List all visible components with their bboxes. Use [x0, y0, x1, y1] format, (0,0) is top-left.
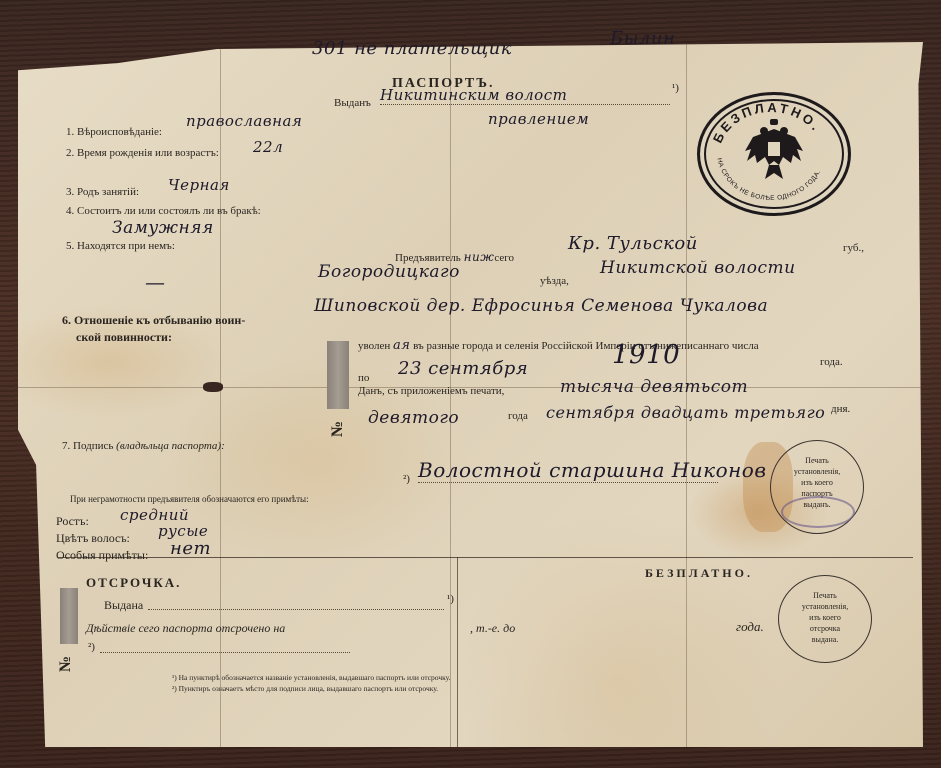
- province-label: губ.,: [843, 242, 864, 254]
- issued-by-line2: правлением: [488, 110, 589, 128]
- until-date-value: 23 сентября: [398, 358, 528, 379]
- field-3-label: 3. Родъ занятій:: [66, 186, 139, 198]
- double-headed-eagle-icon: [743, 117, 805, 183]
- field-3-value: Черная: [168, 176, 230, 194]
- given-date-line1: тысяча девятьсот: [560, 377, 748, 397]
- issued-by-label: Выданъ: [334, 97, 371, 109]
- signature-footnote: ²): [403, 473, 410, 485]
- deferral-issued-line: [148, 597, 444, 610]
- given-day-label: дня.: [831, 403, 850, 415]
- until-year-value: 1910: [612, 340, 680, 370]
- hole: [203, 382, 223, 392]
- field-2-value: 22л: [253, 138, 283, 156]
- footnote-1: ¹) На пунктирѣ обозначается названіе уст…: [172, 673, 451, 682]
- until-label: по: [358, 372, 369, 384]
- footnote-2: ²) Пунктиръ означаетъ мѣсто для подписи …: [172, 684, 438, 693]
- district-label: уѣзда,: [540, 275, 569, 287]
- given-label: Данъ, съ приложеніемъ печати,: [358, 385, 504, 397]
- issued-by-value: Никитинским волост: [380, 86, 670, 105]
- hair-color-label: Цвѣтъ волосъ:: [56, 531, 130, 546]
- field-4-value: Замужняя: [112, 218, 214, 238]
- official-signature: Волостной старшина Никонов: [418, 458, 718, 483]
- deferral-signature-footnote: ²): [88, 641, 95, 653]
- volost-value: Никитской волости: [600, 258, 796, 278]
- field-7-label: 7. Подпись (владѣльца паспорта):: [62, 440, 225, 452]
- deferral-issued-footnote: ¹): [447, 593, 454, 605]
- field-1-label: 1. Вѣроисповѣданіе:: [66, 126, 162, 138]
- deferral-until-label: , т.-е. до: [470, 621, 515, 636]
- deferral-validity-label: Дѣйствіе сего паспорта отсрочено на: [86, 621, 285, 636]
- section-divider-vertical: [457, 557, 458, 747]
- field-5-value: —: [145, 270, 166, 294]
- district-value: Богородицкаго: [318, 262, 460, 282]
- given-year-label: года: [508, 410, 528, 422]
- released-label: уволен ая въ разные города и селенія Рос…: [358, 338, 759, 353]
- given-month-value: сентября двадцать третьяго: [546, 403, 825, 422]
- deferral-title: ОТСРОЧКА.: [86, 575, 181, 591]
- violet-stamp-imprint: [781, 496, 855, 528]
- handwritten-note-top-right: Былин: [610, 28, 675, 49]
- deferral-seal: Печать установленія, изъ коего отсрочка …: [778, 575, 872, 663]
- field-2-label: 2. Время рожденія или возрастъ:: [66, 147, 219, 159]
- year-label: года.: [820, 356, 843, 368]
- field-5-label: 5. Находятся при немъ:: [66, 240, 175, 252]
- deferral-number-field: [60, 588, 78, 644]
- field-1-value: православная: [186, 112, 302, 130]
- issuer-seal: Печать установленія, изъ коего паспортъ …: [770, 440, 864, 534]
- field-6-label: 6. Отношеніе къ отбыванію воин- ской пов…: [62, 312, 245, 346]
- special-marks-label: Особыя примѣты:: [56, 548, 148, 563]
- given-date-line2: девятого: [368, 408, 459, 428]
- free-stamp: БЕЗПЛАТНО. НА СРОКЪ НЕ БОЛѢЕ ОДНОГО ГОДА…: [697, 92, 851, 216]
- deferral-signature-line: [100, 640, 350, 653]
- deferral-free-label: БЕЗПЛАТНО.: [645, 566, 753, 581]
- height-label: Ростъ:: [56, 514, 89, 529]
- province-value: Кр. Тульской: [568, 233, 698, 254]
- number-sign: №: [329, 421, 347, 437]
- footnote-marker: ¹): [672, 82, 679, 94]
- serial-number-field: [327, 341, 349, 409]
- deferral-issued-label: Выдана: [104, 598, 143, 613]
- special-marks-value: нет: [170, 538, 211, 559]
- field-4-label: 4. Состоитъ ли или состоялъ ли въ бракѣ:: [66, 205, 261, 217]
- handwritten-note-top: 301 не плательщик: [312, 38, 512, 59]
- deferral-number-sign: №: [57, 656, 75, 672]
- illiterate-heading: При неграмотности предъявителя обозначаю…: [70, 494, 309, 504]
- village-and-name-value: Шиповской дер. Ефросинья Семенова Чукало…: [314, 296, 768, 316]
- deferral-year-label: года.: [736, 619, 764, 635]
